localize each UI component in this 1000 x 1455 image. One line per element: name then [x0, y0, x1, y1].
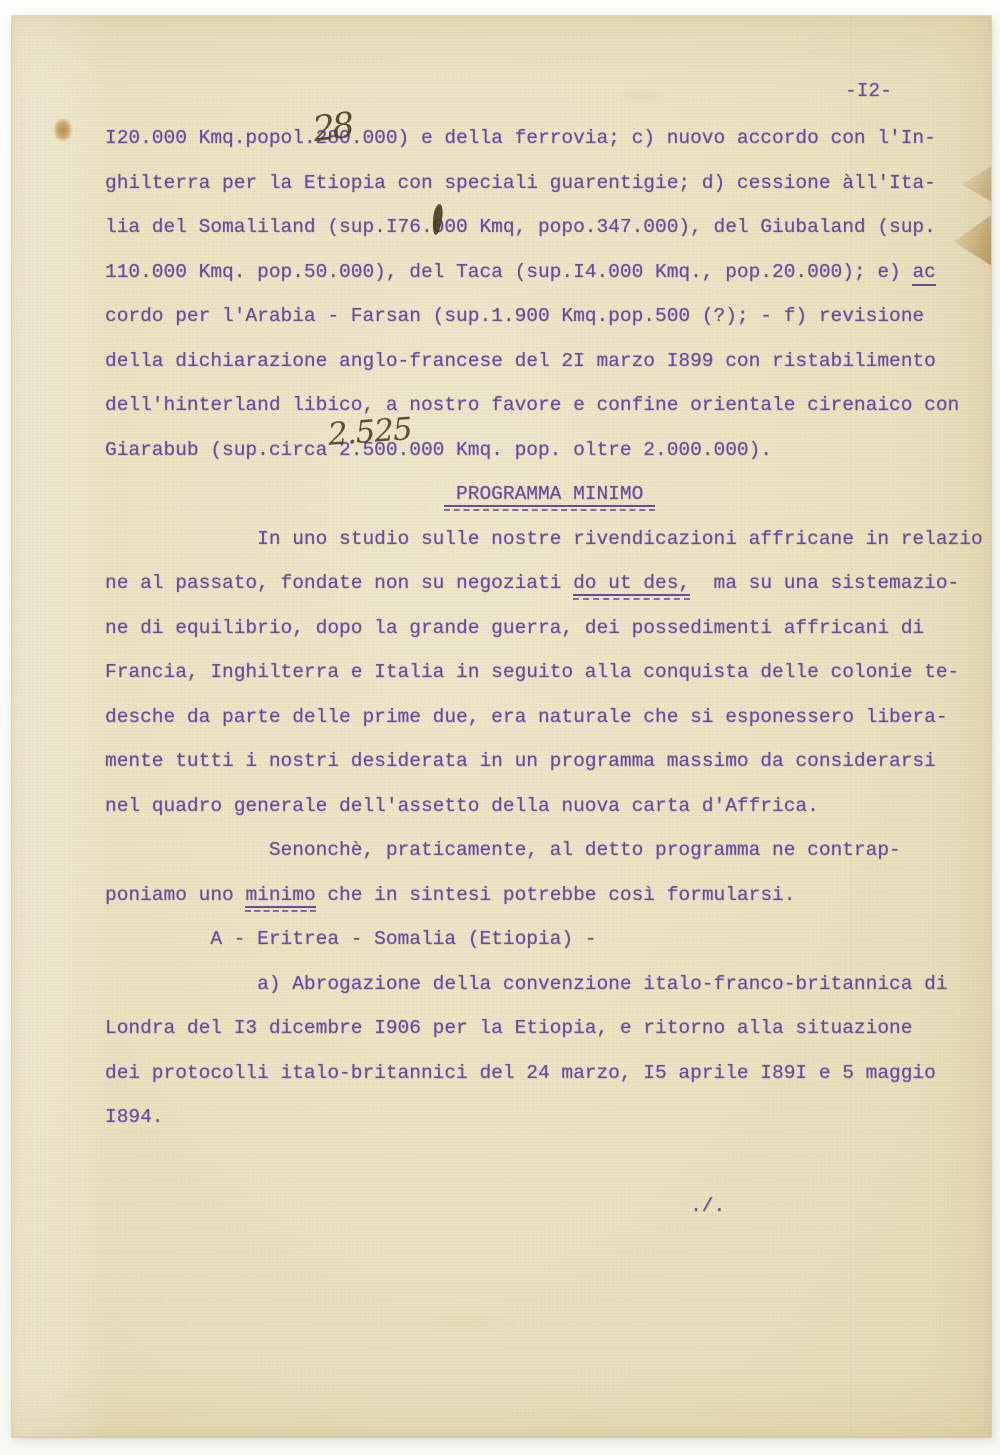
text-line: In uno studio sulle nostre rivendicazion…: [105, 517, 983, 562]
text-line: nel quadro generale dell'assetto della n…: [105, 784, 983, 829]
text-line: ne di equilibrio, dopo la grande guerra,…: [105, 606, 983, 651]
paper-stain: [392, 1296, 542, 1346]
page-number: -I2-: [845, 80, 892, 102]
handwritten-correction-population: 28: [311, 106, 354, 150]
paper-stain: [610, 84, 674, 108]
text-line: I894.: [105, 1095, 983, 1140]
text-line: dell'hinterland libico, a nostro favore …: [105, 383, 983, 428]
text-line: a) Abrogazione della convenzione italo-f…: [105, 962, 983, 1007]
text-line: ./.: [105, 1184, 983, 1229]
text-line: cordo per l'Arabia - Farsan (sup.1.900 K…: [105, 294, 983, 339]
paper-fold-highlight: [12, 16, 108, 1437]
text-line: ghilterra per la Etiopia con speciali gu…: [105, 161, 983, 206]
text-line: Londra del I3 dicembre I906 per la Etiop…: [105, 1006, 983, 1051]
text-line: ne al passato, fondate non su negoziati …: [105, 561, 983, 606]
text-line: poniamo uno minimo che in sintesi potreb…: [105, 873, 983, 918]
text-line: I20.000 Kmq.popol.280.000) e della ferro…: [105, 116, 983, 161]
text-line: 110.000 Kmq. pop.50.000), del Taca (sup.…: [105, 250, 983, 295]
paper-stain: [50, 114, 76, 146]
text-line: [105, 1140, 983, 1185]
text-line: Senonchè, praticamente, al detto program…: [105, 828, 983, 873]
text-line: Giarabub (sup.circa 2.500.000 Kmq. pop. …: [105, 428, 983, 473]
text-line: PROGRAMMA MINIMO: [105, 472, 983, 517]
handwritten-correction-area: 2.525: [327, 411, 413, 453]
text-line: Francia, Inghilterra e Italia in seguito…: [105, 650, 983, 695]
typewritten-text: I20.000 Kmq.popol.280.000) e della ferro…: [105, 116, 983, 1229]
text-line: dei protocolli italo-britannici del 24 m…: [105, 1051, 983, 1096]
text-line: della dichiarazione anglo-francese del 2…: [105, 339, 983, 384]
document-page: -I2- I20.000 Kmq.popol.280.000) e della …: [12, 16, 991, 1437]
text-line: desche da parte delle prime due, era nat…: [105, 695, 983, 740]
text-line: A - Eritrea - Somalia (Etiopia) -: [105, 917, 983, 962]
text-line: lia del Somaliland (sup.I76.000 Kmq, pop…: [105, 205, 983, 250]
text-line: mente tutti i nostri desiderata in un pr…: [105, 739, 983, 784]
